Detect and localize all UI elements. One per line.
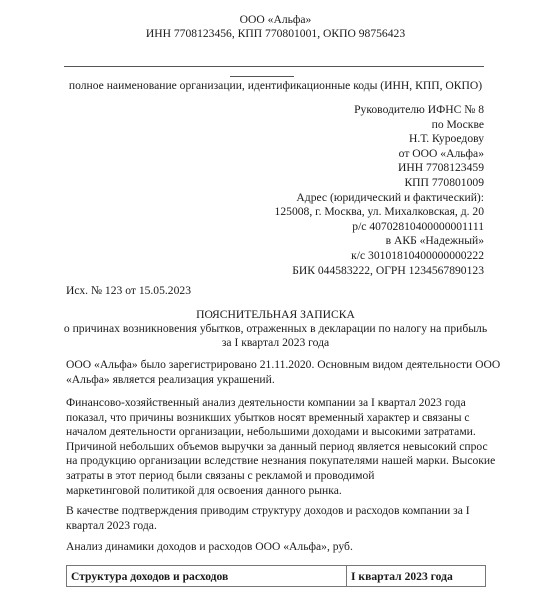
- recipient-line: КПП 770801009: [275, 176, 484, 191]
- text-line: В качестве подтверждения приводим структ…: [66, 504, 470, 519]
- recipient-line: от ООО «Альфа»: [275, 147, 484, 162]
- text-line: затраты в этот период были связаны с рек…: [66, 469, 495, 484]
- text-line: Причиной небольших объемов выручки за да…: [66, 440, 495, 455]
- header-divider: [64, 66, 484, 67]
- text-line: квартал 2023 года.: [66, 519, 470, 534]
- recipient-line: Адрес (юридический и фактический):: [275, 191, 484, 206]
- recipient-line: по Москве: [275, 118, 484, 133]
- recipient-line: БИК 044583222, ОГРН 1234567890123: [275, 264, 484, 279]
- paragraph-analysis: Финансово-хозяйственный анализ деятельно…: [66, 396, 495, 498]
- text-line: началом деятельности организации, неболь…: [66, 425, 495, 440]
- recipient-line: р/с 40702810400000001111: [275, 220, 484, 235]
- table-header-structure: Структура доходов и расходов: [67, 566, 347, 587]
- paragraph-registration: ООО «Альфа» было зарегистрировано 21.11.…: [66, 358, 500, 387]
- recipient-line: Н.Т. Куроедову: [275, 132, 484, 147]
- recipient-line: ИНН 7708123459: [275, 161, 484, 176]
- table-header-row: Структура доходов и расходов I квартал 2…: [67, 566, 486, 587]
- document-subtitle: о причинах возникновения убытков, отраже…: [0, 322, 551, 336]
- text-line: Финансово-хозяйственный анализ деятельно…: [66, 396, 495, 411]
- text-line: ООО «Альфа» было зарегистрировано 21.11.…: [66, 358, 500, 373]
- text-line: показал, что причины возникших убытков н…: [66, 411, 495, 426]
- document-title: ПОЯСНИТЕЛЬНАЯ ЗАПИСКА: [0, 308, 551, 322]
- paragraph-confirmation: В качестве подтверждения приводим структ…: [66, 504, 470, 533]
- table-header-period: I квартал 2023 года: [347, 566, 486, 587]
- recipient-block: Руководителю ИФНС № 8 по Москве Н.Т. Кур…: [275, 103, 484, 278]
- org-codes: ИНН 7708123456, КПП 770801001, ОКПО 9875…: [0, 27, 551, 41]
- text-line: маркетинговой политикой для освоения дан…: [66, 484, 495, 499]
- income-expense-table: Структура доходов и расходов I квартал 2…: [66, 565, 486, 587]
- recipient-line: в АКБ «Надежный»: [275, 234, 484, 249]
- header-caption: полное наименование организации, идентиф…: [0, 79, 551, 93]
- recipient-line: 125008, г. Москва, ул. Михалковская, д. …: [275, 205, 484, 220]
- text-line: на продукцию организации вследствие незн…: [66, 454, 495, 469]
- org-name: ООО «Альфа»: [0, 13, 551, 27]
- short-underline: [230, 76, 294, 77]
- recipient-line: к/с 30101810400000000222: [275, 249, 484, 264]
- outgoing-number: Исх. № 123 от 15.05.2023: [66, 284, 191, 298]
- table-caption: Анализ динамики доходов и расходов ООО «…: [66, 540, 353, 554]
- text-line: «Альфа» является реализация украшений.: [66, 373, 500, 388]
- document-period: за I квартал 2023 года: [0, 336, 551, 350]
- recipient-line: Руководителю ИФНС № 8: [275, 103, 484, 118]
